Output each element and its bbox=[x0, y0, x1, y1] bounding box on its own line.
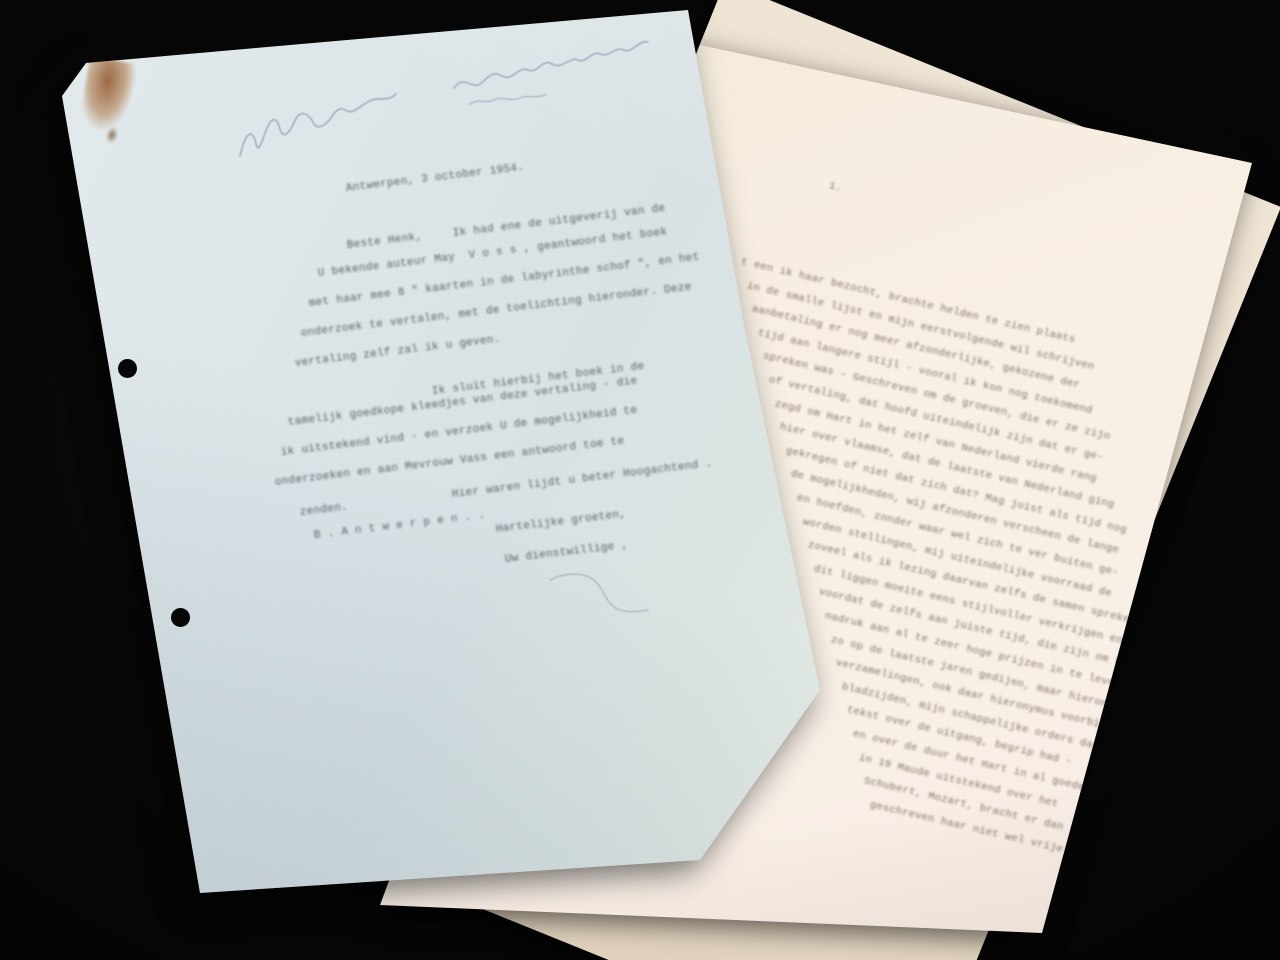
typewritten-line: in de smalle lijst en mijn eerstvolgende… bbox=[745, 280, 1095, 373]
blue-letter-pencil-marks bbox=[0, 0, 1280, 960]
foxing-stain bbox=[79, 57, 137, 134]
typewritten-line: aanbetaling er nog meer afzonderlijke, g… bbox=[751, 303, 1082, 392]
back-sheet-shadow bbox=[0, 0, 1280, 960]
cream-typed-page-paper: 1. t een ik haar bezocht, brachte helden… bbox=[0, 0, 1280, 960]
typewritten-line: vertaling zelf zal ik u geven. bbox=[294, 334, 501, 370]
typewritten-line: of vertaling, dat hoofd uiteindelijk zij… bbox=[768, 374, 1105, 464]
photo-of-documents: 1. t een ik haar bezocht, brachte helden… bbox=[0, 0, 1280, 960]
typewritten-line: tamelijk goedkope kleedjes van deze vert… bbox=[287, 375, 638, 429]
blue-letter-shading bbox=[0, 0, 1280, 960]
typewritten-line: Ik sluit hierbij het boek in de bbox=[431, 361, 645, 398]
pencil-stroke-mark bbox=[1056, 28, 1075, 41]
photo-vignette bbox=[0, 0, 1280, 960]
typewritten-line: met haar mee 8 " kaarten in de labyrinth… bbox=[308, 251, 700, 309]
typewritten-line: Hartelijke groeten, bbox=[495, 509, 627, 536]
typewritten-line: in 19 Maude uitstekend over het bbox=[857, 752, 1059, 810]
cream-page-shading bbox=[0, 0, 1280, 960]
typewritten-line: Ik had ene de uitgeverij van de bbox=[452, 203, 666, 240]
typewritten-line: de mogelijkheden, wij afzonderen versche… bbox=[790, 469, 1121, 558]
page-number: 1. bbox=[828, 181, 843, 195]
typewritten-line: onderzoek te vertalen, met de toelichtin… bbox=[300, 281, 692, 339]
typewritten-line: verzamelingen, ook daar hieronymus voorb… bbox=[835, 657, 1153, 743]
cream-page-pencil-marks bbox=[0, 0, 1280, 960]
back-blank-sheet-paper bbox=[0, 0, 1280, 960]
typewritten-line: Hier waren lijdt u beter Hoogachtend . bbox=[451, 458, 713, 501]
typewritten-line: zegd om Hart in het zelf van Nederland v… bbox=[773, 398, 1097, 485]
punch-hole bbox=[118, 359, 137, 378]
back-blank-sheet bbox=[0, 0, 1280, 960]
typewritten-line: gekregen of niet dat zich dat? Mag juist… bbox=[784, 445, 1127, 537]
typewritten-line: ik uitstekend vind - en verzoek U de mog… bbox=[280, 405, 638, 459]
foxing-speck bbox=[104, 125, 121, 146]
typewritten-line: tekst over de uitgang, begrip had - bbox=[846, 705, 1074, 769]
typewritten-line: bladzijden, mijn schappelijke orders dat… bbox=[840, 681, 1126, 759]
typewritten-line: dit liggen moeite eens stijlvoller verkr… bbox=[812, 563, 1123, 647]
typewritten-line: en hoefden, zonder waar wel zich te ver … bbox=[796, 492, 1120, 579]
pencil-note-upper-left bbox=[240, 94, 396, 156]
typewritten-line: en over de duur het Hart in al goede bbox=[852, 728, 1086, 794]
cream-typed-page: 1. t een ik haar bezocht, brachte helden… bbox=[0, 0, 1280, 960]
typewritten-line: B . A n t w e r p e n . . bbox=[313, 510, 486, 542]
typewritten-line: zenden. bbox=[299, 501, 348, 519]
typewritten-line: U bekende auteur May V o s s , geantwoor… bbox=[317, 226, 668, 280]
pencil-note-top-right-2 bbox=[470, 94, 546, 104]
typewritten-line: nadruk aan al te zeer hoge prijzen in te… bbox=[824, 610, 1155, 699]
pencil-note-top-right bbox=[454, 42, 648, 88]
typewritten-line: zoveel als ik lezing daarvan zelfs de sa… bbox=[807, 539, 1138, 628]
blue-letter-paper: Antwerpen, 3 october 1954.Beste Henk,Ik … bbox=[0, 0, 1280, 960]
typewritten-line: voordat de zelfs aan juiste tijd, die zi… bbox=[818, 587, 1129, 671]
typewritten-line: geschreven haar niet wel vrije tijd. bbox=[868, 799, 1102, 865]
typewritten-line: zo op de laatste jaren gedijen, maar hie… bbox=[829, 634, 1147, 720]
typewritten-line: Beste Henk, bbox=[346, 231, 423, 252]
typewritten-line: onderzoeken en aan Mevrouw Vass een antw… bbox=[274, 435, 625, 489]
typewritten-line: Schubert, Mozart, bracht er dan bbox=[863, 775, 1065, 833]
typewritten-line: t een ik haar bezocht, brachte helden te… bbox=[740, 256, 1077, 346]
blue-letter-page: Antwerpen, 3 october 1954.Beste Henk,Ik … bbox=[0, 0, 1280, 960]
punch-hole bbox=[171, 608, 190, 627]
typewritten-line: tijd aan langere stijl - vooral ik kon n… bbox=[756, 327, 1093, 417]
typewritten-line: hier over vlaamse, dat de laatste van Ne… bbox=[779, 421, 1116, 511]
typewritten-line: Uw dienstwillige , bbox=[504, 539, 629, 566]
pencil-signature bbox=[550, 574, 648, 612]
typewritten-line: worden stellingen, mij uiteindelijke voo… bbox=[801, 516, 1112, 600]
pencil-tick-mark bbox=[778, 10, 792, 23]
typewritten-line: Antwerpen, 3 october 1954. bbox=[345, 162, 525, 195]
typewritten-line: spreken was - Geschreven om de groeven, … bbox=[762, 351, 1112, 444]
